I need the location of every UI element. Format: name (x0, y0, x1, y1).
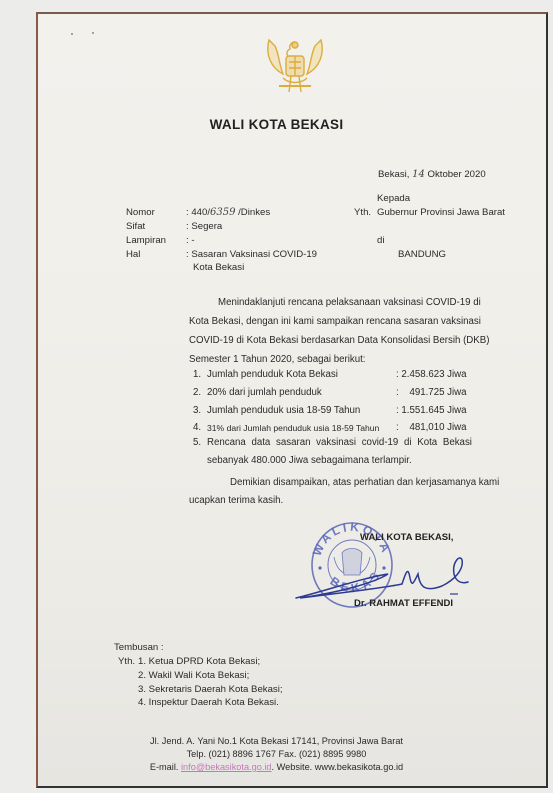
cc-item-3: 3. Sekretaris Daerah Kota Bekasi; (138, 684, 283, 695)
footer-address: Jl. Jend. A. Yani No.1 Kota Bekasi 17141… (0, 736, 553, 746)
item-1-label: Jumlah penduduk Kota Bekasi (207, 366, 338, 384)
meta-value-sifat: : Segera (186, 221, 222, 232)
meta-label-hal: Hal (126, 249, 140, 260)
signatory-name: Dr. RAHMAT EFFENDI (354, 598, 453, 609)
date-place: Bekasi, (378, 169, 409, 180)
item-1-value: : 2.458.623 Jiwa (396, 366, 467, 384)
garuda-emblem-icon (261, 34, 329, 96)
cc-item-2: 2. Wakil Wali Kota Bekasi; (138, 670, 249, 681)
item-3-label: Jumlah penduduk usia 18-59 Tahun (207, 402, 360, 420)
item-5-line-2: sebanyak 480.000 Jiwa sebagaimana terlam… (207, 452, 412, 470)
item-2-value: : 491.725 Jiwa (396, 384, 467, 402)
footer-website[interactable]: www.bekasikota.go.id (315, 762, 403, 772)
nomor-suffix: /Dinkes (235, 207, 270, 218)
cc-honorific: Yth. (118, 656, 135, 667)
meta-label-nomor: Nomor (126, 207, 155, 218)
intro-line-2: Kota Bekasi, dengan ini kami sampaikan r… (189, 313, 481, 331)
cc-heading: Tembusan : (114, 642, 164, 653)
meta-label-sifat: Sifat (126, 221, 145, 232)
recipient-city: BANDUNG (398, 249, 446, 260)
meta-value-lampiran: : - (186, 235, 195, 246)
meta-label-lampiran: Lampiran (126, 235, 166, 246)
date-line: Bekasi, 14 Oktober 2020 (378, 169, 486, 180)
signature-position: WALI KOTA BEKASI, (360, 532, 453, 543)
letterhead-title: WALI KOTA BEKASI (0, 117, 553, 132)
recipient-label: Kepada (377, 193, 410, 204)
cc-item-4: 4. Inspektur Daerah Kota Bekasi. (138, 697, 279, 708)
footer-phone: Telp. (021) 8896 1767 Fax. (021) 8895 99… (0, 749, 553, 759)
recipient-name: Gubernur Provinsi Jawa Barat (377, 207, 505, 218)
cc-item-1: 1. Ketua DPRD Kota Bekasi; (138, 656, 260, 667)
item-3-value: : 1.551.645 Jiwa (396, 402, 467, 420)
item-2-label: 20% dari jumlah penduduk (207, 384, 322, 402)
footer-email-label: E-mail. (150, 762, 179, 772)
item-1-number: 1. (193, 366, 201, 384)
item-5-number: 5. (193, 434, 201, 452)
date-day-handwritten: 14 (412, 169, 425, 180)
recipient-honorific: Yth. (354, 207, 371, 218)
speck (71, 33, 73, 35)
item-5-line-1: Rencana data sasaran vaksinasi covid-19 … (207, 434, 472, 452)
nomor-handwritten: 6359 (210, 207, 235, 218)
meta-value-nomor: : 440/6359 /Dinkes (186, 207, 270, 218)
intro-line-1: Menindaklanjuti rencana pelaksanaan vaks… (218, 294, 481, 312)
closing-line-2: ucapkan terima kasih. (189, 492, 283, 510)
meta-value-hal-line2: Kota Bekasi (193, 262, 244, 273)
footer-contact: E-mail. info@bekasikota.go.id. Website. … (0, 762, 553, 772)
intro-line-3: COVID-19 di Kota Bekasi berdasarkan Data… (189, 332, 489, 350)
footer-email-link[interactable]: info@bekasikota.go.id (181, 762, 272, 772)
item-2-number: 2. (193, 384, 201, 402)
closing-line-1: Demikian disampaikan, atas perhatian dan… (230, 474, 499, 492)
recipient-at: di (377, 235, 384, 246)
nomor-prefix: : 440/ (186, 207, 210, 218)
meta-value-hal: : Sasaran Vaksinasi COVID-19 (186, 249, 317, 260)
footer-website-label: . Website. (272, 762, 313, 772)
speck (92, 32, 94, 34)
date-month-year: Oktober 2020 (428, 169, 486, 180)
item-3-number: 3. (193, 402, 201, 420)
